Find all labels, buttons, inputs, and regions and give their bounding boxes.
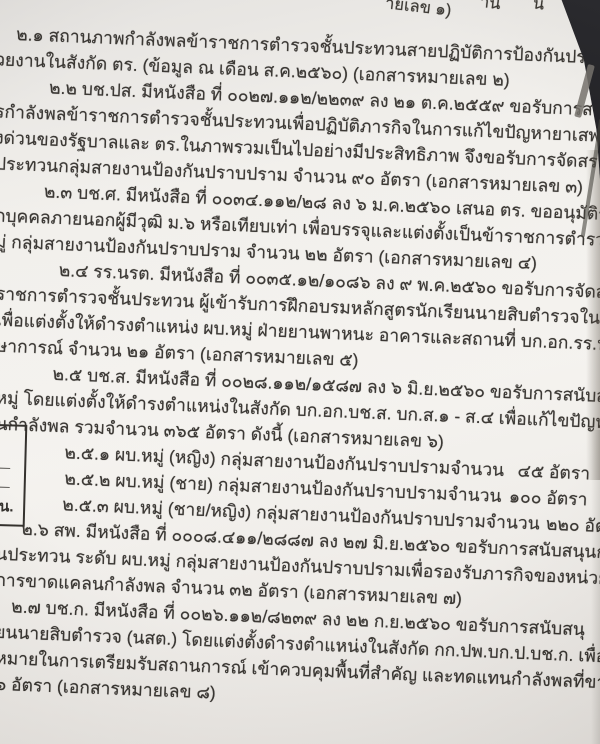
subitem-qty: ๑๐๐ อัตรา: [501, 483, 588, 512]
document-page: ายเลข ๑) าน น ๒.๑ สถานภาพกำลังพลข้าราชกา…: [0, 0, 600, 744]
margin-box-label: น.: [0, 494, 14, 518]
margin-table-fragment: — — น.: [0, 423, 27, 527]
margin-box-dash: —: [0, 460, 9, 474]
document-text-block: ๒.๑ สถานภาพกำลังพลข้าราชการตำรวจชั้นประท…: [0, 0, 600, 724]
subitem-qty: ๒๒๐ อัตรา: [539, 511, 600, 540]
subitem-qty-word: จำนวน: [447, 481, 502, 509]
subitem-qty-word: จำนวน: [485, 508, 540, 536]
subitem-qty-word: จำนวน: [450, 455, 505, 483]
subitem-qty: ๔๕ อัตรา: [504, 457, 591, 486]
document-photo: { "photo": { "background_color": "#18181…: [0, 0, 600, 744]
margin-box-dash: —: [0, 479, 9, 493]
